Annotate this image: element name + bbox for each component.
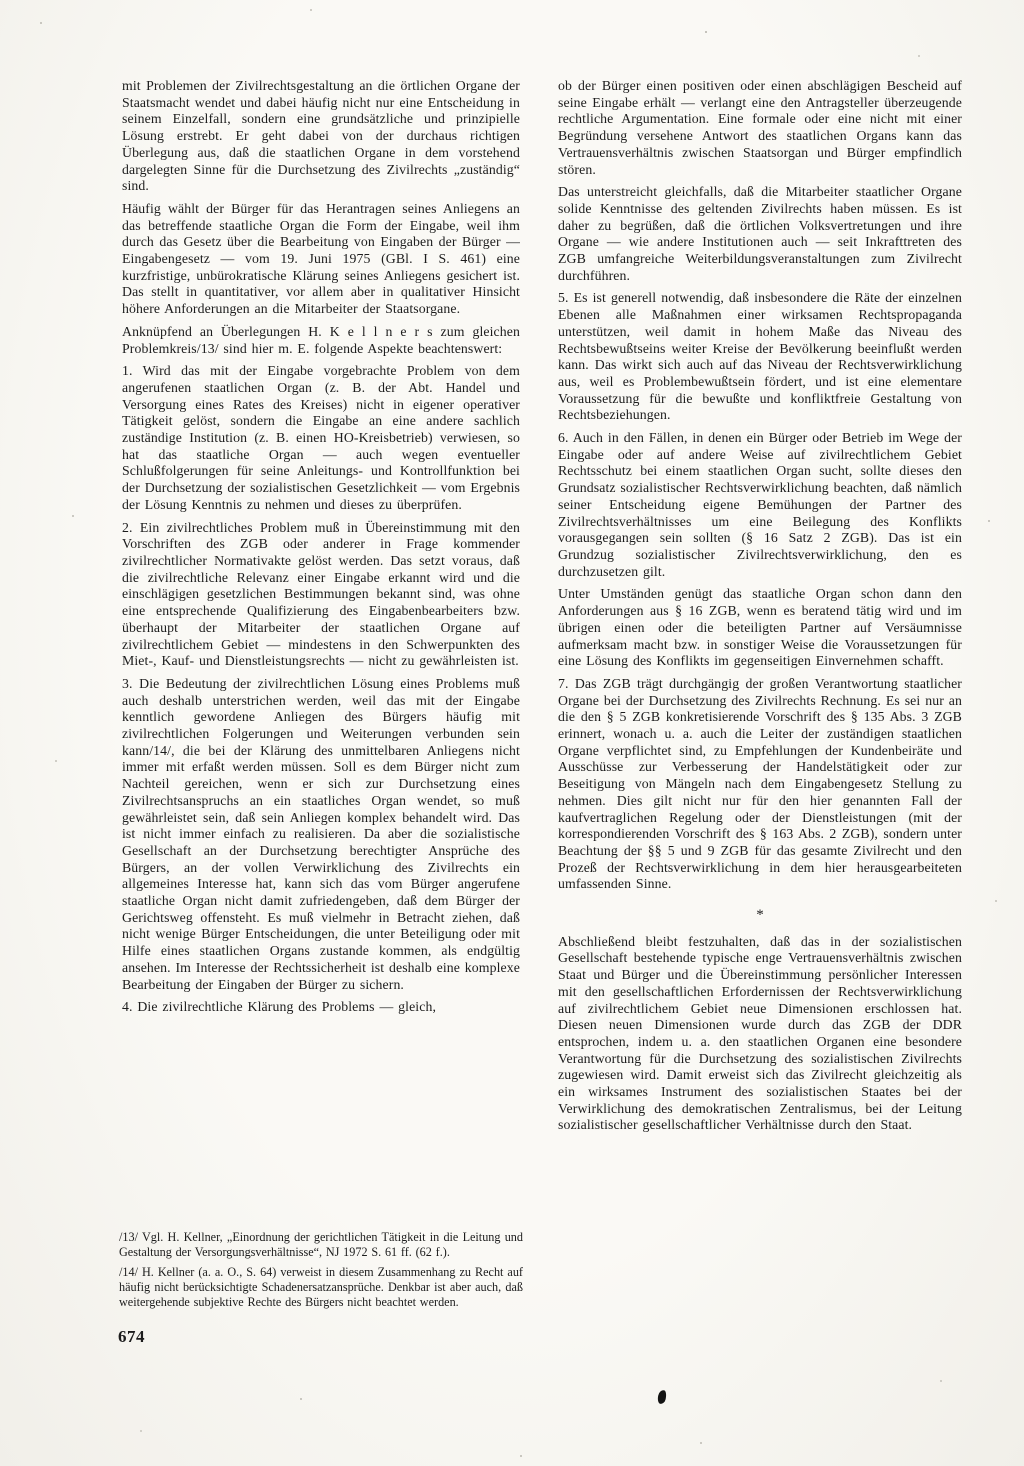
numbered-item-5: 5. Es ist generell notwendig, daß insbes…	[558, 290, 962, 424]
ink-blot	[657, 1389, 668, 1404]
left-column: mit Problemen der Zivilrechtsgestaltung …	[122, 78, 520, 1022]
footnotes-block: /13/ Vgl. H. Kellner, „Einordnung der ge…	[119, 1230, 523, 1315]
closing-paragraph: Abschließend bleibt festzuhalten, daß da…	[558, 934, 962, 1134]
numbered-item-7: 7. Das ZGB trägt durchgängig der großen …	[558, 676, 962, 893]
paragraph-continuation: ob der Bürger einen positiven oder einen…	[558, 78, 962, 178]
paragraph-continuation: mit Problemen der Zivilrechtsgestaltung …	[122, 78, 520, 195]
asterisk-separator: *	[558, 907, 962, 924]
numbered-item-6: 6. Auch in den Fällen, in denen ein Bürg…	[558, 430, 962, 580]
paragraph: Unter Umständen genügt das staatliche Or…	[558, 586, 962, 670]
numbered-item-3: 3. Die Bedeutung der zivilrechtlichen Lö…	[122, 676, 520, 993]
footnote-13: /13/ Vgl. H. Kellner, „Einordnung der ge…	[119, 1230, 523, 1260]
right-column: ob der Bürger einen positiven oder einen…	[558, 78, 962, 1140]
numbered-item-1: 1. Wird das mit der Eingabe vorgebrachte…	[122, 363, 520, 513]
page-number: 674	[118, 1327, 145, 1347]
numbered-item-4-start: 4. Die zivilrechtliche Klärung des Probl…	[122, 999, 520, 1016]
scanned-journal-page: { "page": { "number": "674" }, "columns"…	[0, 0, 1024, 1466]
footnote-14: /14/ H. Kellner (a. a. O., S. 64) verwei…	[119, 1265, 523, 1310]
paragraph: Häufig wählt der Bürger für das Herantra…	[122, 201, 520, 318]
scan-noise-specks	[0, 0, 2, 2]
paragraph: Anknüpfend an Überlegungen H. K e l l n …	[122, 324, 520, 357]
numbered-item-2: 2. Ein zivilrechtliches Problem muß in Ü…	[122, 520, 520, 670]
paragraph: Das unterstreicht gleichfalls, daß die M…	[558, 184, 962, 284]
